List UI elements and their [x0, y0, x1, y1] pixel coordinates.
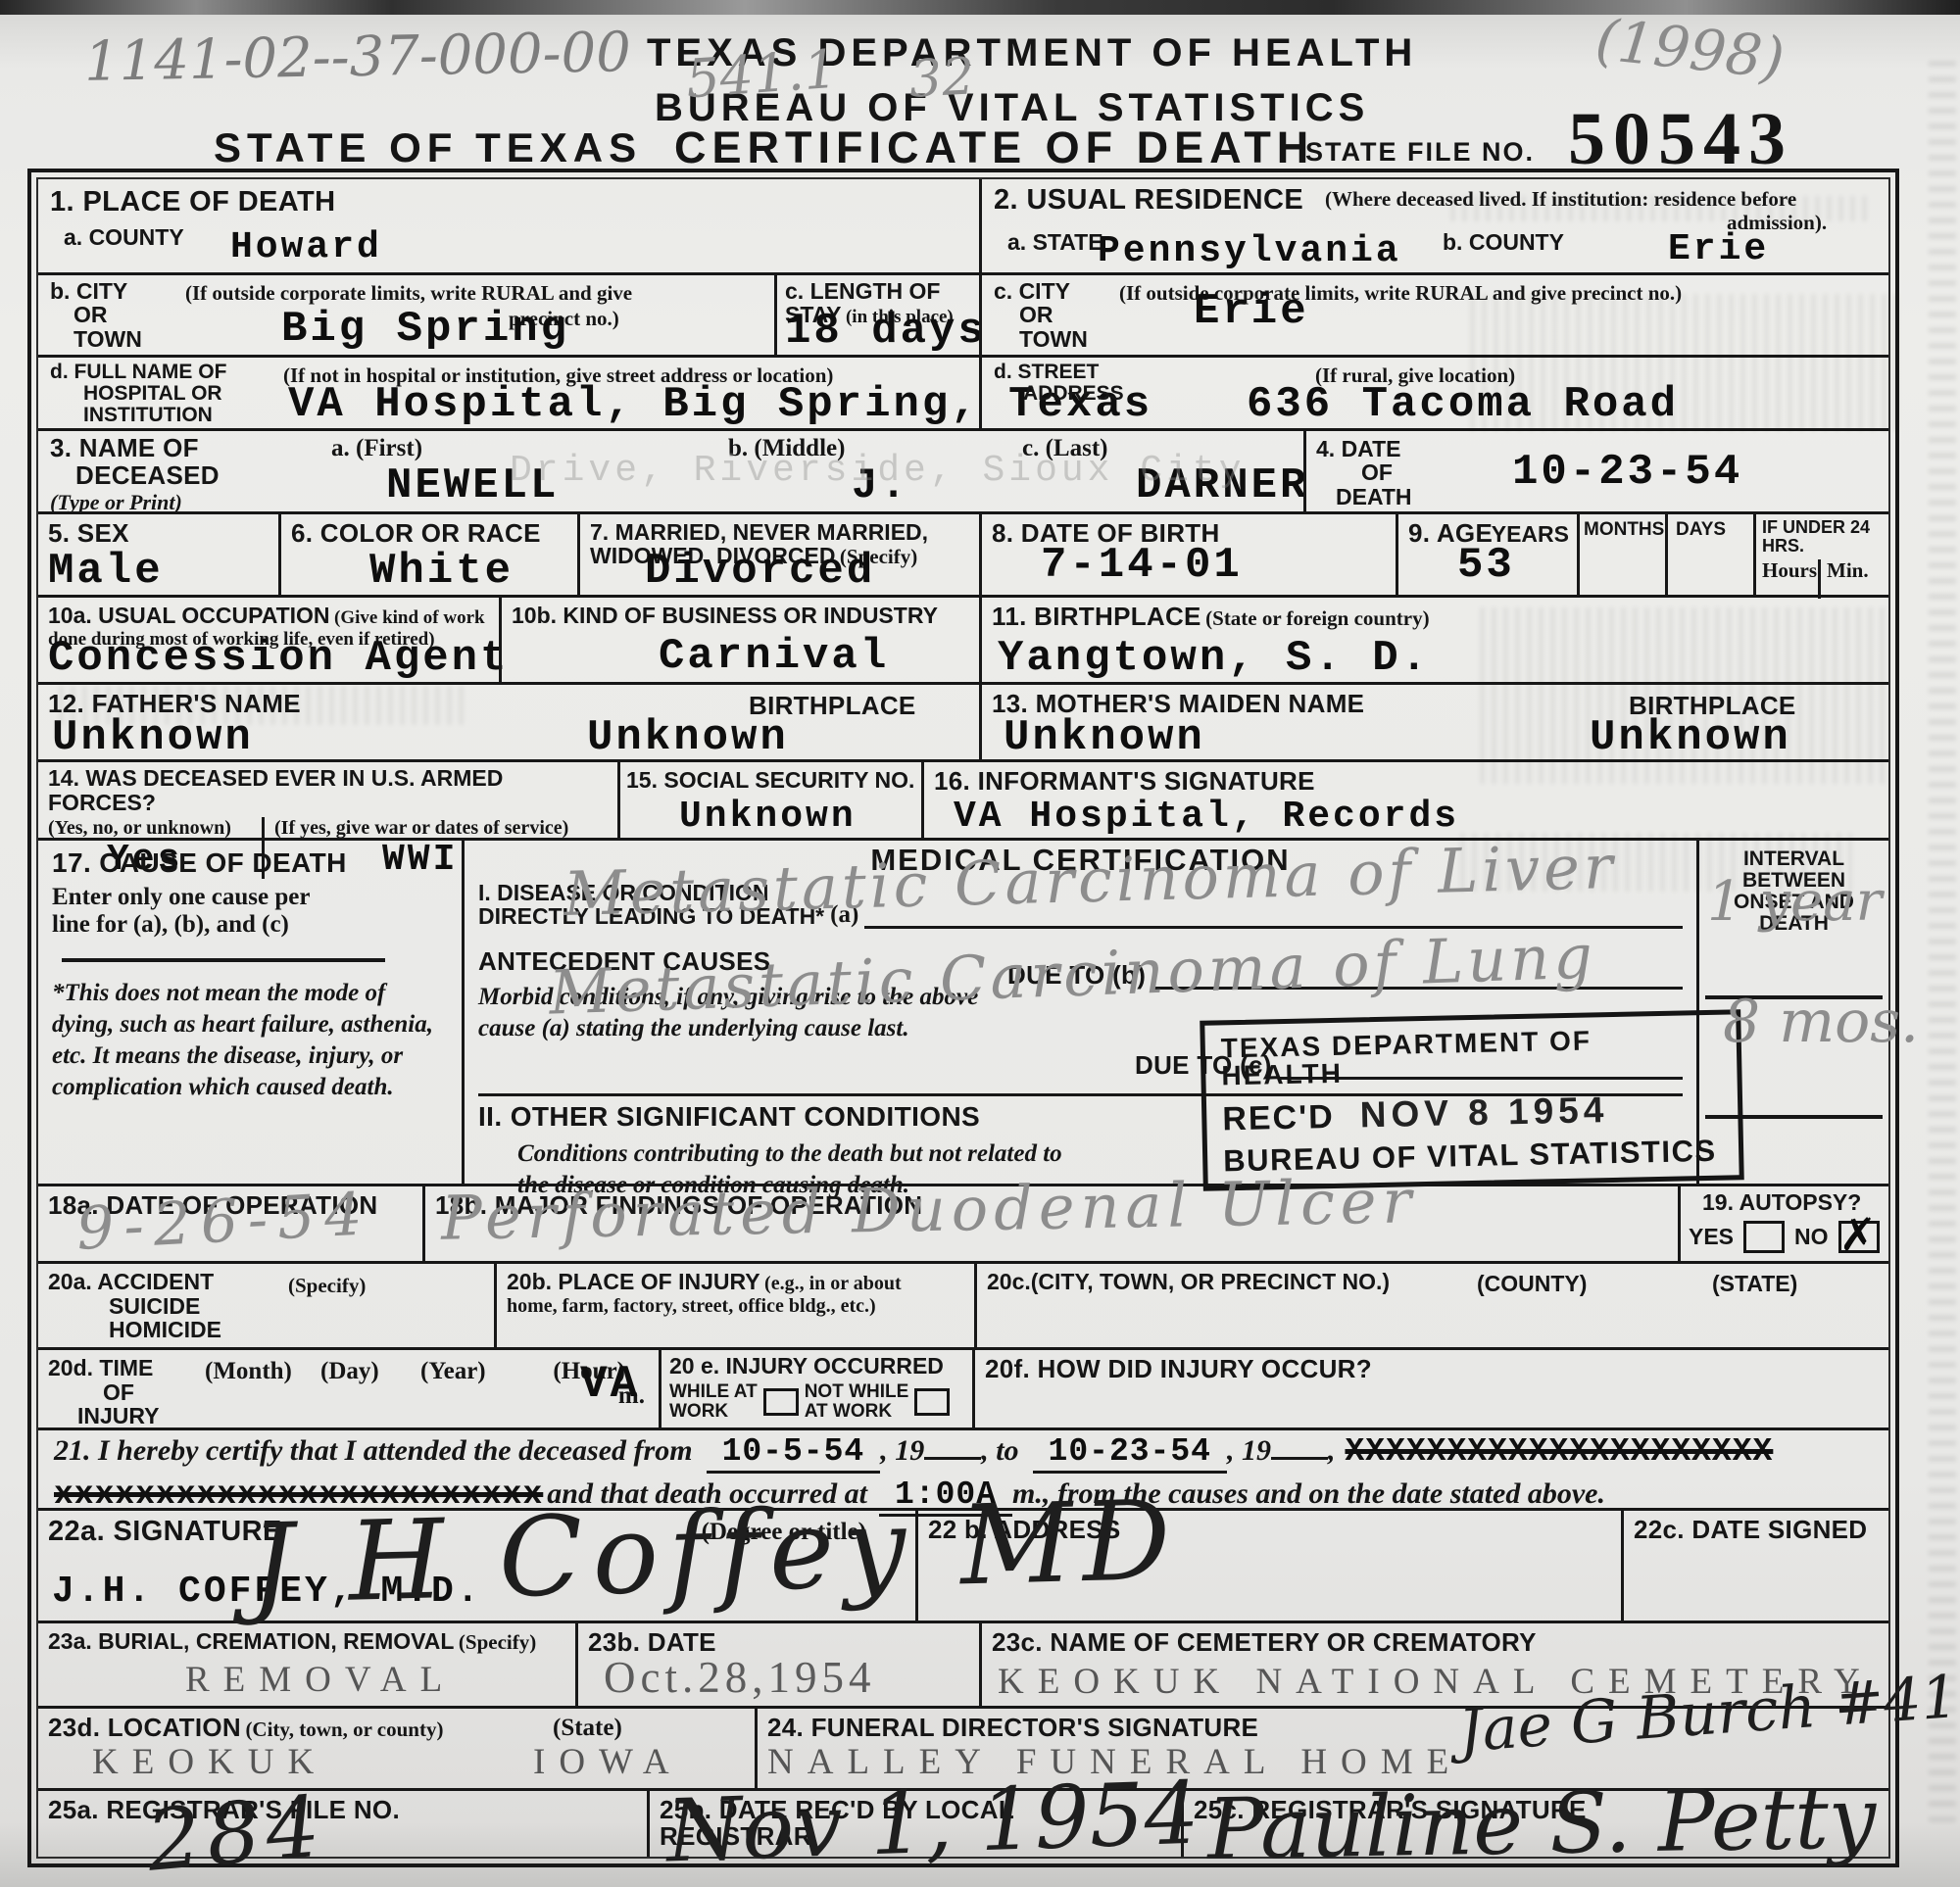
city-value: Big Spring	[281, 308, 569, 351]
residence-state-value: Pennsylvania	[1098, 233, 1401, 270]
autopsy-label: 19. AUTOPSY?	[1702, 1189, 1861, 1215]
name-label-1: 3. NAME OF	[50, 435, 316, 462]
accident-label-3: HOMICIDE	[109, 1318, 484, 1341]
while-at-work-checkbox	[763, 1388, 799, 1416]
section-birthplace: 11. BIRTHPLACE (State or foreign country…	[979, 598, 1888, 682]
attended-from-date: 10-5-54	[707, 1435, 881, 1474]
section-burial-location: 23d. LOCATION (City, town, or county) (S…	[38, 1709, 755, 1788]
burial-label: 23a. BURIAL, CREMATION, REMOVAL	[48, 1628, 454, 1654]
age-days-label: DAYS	[1676, 519, 1726, 540]
received-stamp: TEXAS DEPARTMENT OF HEALTH REC'D NOV 8 1…	[1200, 1009, 1744, 1191]
section-autopsy: 19. AUTOPSY? YES NO ✗	[1678, 1186, 1888, 1261]
section-under-24-hrs: IF UNDER 24 HRS. Hours Min.	[1753, 514, 1888, 595]
handwritten-code-32: 32	[907, 47, 975, 109]
usual-residence-note-1: (Where deceased lived. If institution: r…	[1325, 187, 1796, 211]
not-while-at-work-label: NOT WHILEAT WORK	[805, 1382, 909, 1422]
divider	[62, 958, 385, 962]
section-armed-forces: 14. WAS DECEASED EVER IN U.S. ARMED FORC…	[38, 762, 617, 838]
length-of-stay-value: 18 days	[785, 310, 987, 353]
certify-text-pre: 21. I hereby certify that I attended the…	[54, 1434, 693, 1469]
hours-label: Hours	[1762, 559, 1818, 599]
attended-to-date: 10-23-54	[1033, 1435, 1227, 1474]
stamp-date: NOV 8 1954	[1359, 1091, 1608, 1133]
certify-19b: , 19	[1227, 1434, 1271, 1469]
section-injury-location: 20c.(CITY, TOWN, OR PRECINCT NO.) (COUNT…	[974, 1264, 1888, 1347]
section-burial-type: 23a. BURIAL, CREMATION, REMOVAL (Specify…	[38, 1623, 575, 1706]
residence-county-label: b. COUNTY	[1443, 230, 1564, 254]
funeral-director-label: 24. FUNERAL DIRECTOR'S SIGNATURE	[767, 1713, 1258, 1742]
place-of-death-label: 1. PLACE OF DEATH	[50, 186, 335, 218]
section-burial-date: 23b. DATE Oct.28,1954	[575, 1623, 979, 1706]
location-value: KEOKUK	[92, 1744, 327, 1780]
section-date-of-death: 4. DATE OF DEATH 10-23-54	[1303, 431, 1888, 511]
section-cause-of-death-notes: 17. CAUSE OF DEATH Enter only one cause …	[38, 841, 462, 1184]
date-signed-label: 22c. DATE SIGNED	[1634, 1515, 1867, 1544]
age-value: 53	[1457, 544, 1515, 587]
section-sex: 5. SEX Male	[38, 514, 278, 595]
certify-19a: , 19	[880, 1434, 924, 1469]
burial-value: REMOVAL	[185, 1662, 456, 1698]
row-place-and-residence: 1. PLACE OF DEATH a. COUNTY Howard b. CI…	[38, 179, 1888, 428]
stamp-recd: REC'D	[1222, 1100, 1335, 1136]
section-marital-status: 7. MARRIED, NEVER MARRIED, WIDOWED, DIVO…	[577, 514, 979, 595]
section-registrar-file-no: 25a. REGISTRAR'S FILE NO.	[38, 1791, 647, 1857]
section-how-injury-occurred: 20f. HOW DID INJURY OCCUR?	[972, 1350, 1888, 1427]
year-label: (Year)	[420, 1358, 486, 1385]
section-time-of-injury: 20d. TIME OF INJURY (Month) (Day) (Year)…	[38, 1350, 659, 1427]
injury-county-label: (COUNTY)	[1477, 1272, 1587, 1295]
registrar-signature-value: Pauline S. Petty	[1206, 1769, 1877, 1879]
not-while-at-work-checkbox	[914, 1388, 950, 1416]
section-usual-residence: 2. USUAL RESIDENCE (Where deceased lived…	[979, 179, 1888, 428]
mothers-name-value: Unknown	[1004, 716, 1205, 759]
place-of-injury-note-1: (e.g., in or about	[764, 1273, 902, 1294]
section-mothers-name: 13. MOTHER'S MAIDEN NAME BIRTHPLACE Unkn…	[979, 685, 1888, 759]
county-value: Howard	[230, 229, 382, 266]
handwritten-interval-b: 8 mos.	[1723, 988, 1919, 1056]
injury-occurred-label: 20 e. INJURY OCCURRED	[669, 1353, 944, 1379]
autopsy-no-label: NO	[1794, 1225, 1829, 1248]
injury-state-label: (STATE)	[1712, 1272, 1797, 1295]
autopsy-no-checkbox: ✗	[1838, 1221, 1880, 1253]
marital-label-1: 7. MARRIED, NEVER MARRIED,	[590, 520, 969, 544]
business-label: 10b. KIND OF BUSINESS OR INDUSTRY	[512, 603, 938, 628]
row-parents: 12. FATHER'S NAME BIRTHPLACE Unknown Unk…	[38, 682, 1888, 759]
blank-line	[924, 1444, 981, 1460]
business-value: Carnival	[659, 635, 889, 678]
fathers-name-value: Unknown	[52, 716, 254, 759]
residence-city-town: TOWN	[1019, 327, 1877, 351]
cause-note-1b: line for (a), (b), and (c)	[52, 911, 448, 939]
race-value: White	[369, 550, 514, 593]
sex-value: Male	[48, 550, 164, 593]
section-injury-occurred: 20 e. INJURY OCCURRED WHILE ATWORK NOT W…	[659, 1350, 972, 1427]
min-label: Min.	[1818, 559, 1883, 599]
autopsy-yes-checkbox	[1743, 1221, 1785, 1253]
place-of-injury-label: 20b. PLACE OF INJURY	[507, 1269, 760, 1294]
state-file-no-label: STATE FILE NO.	[1305, 139, 1535, 166]
burial-date-value: Oct.28,1954	[604, 1656, 875, 1700]
informant-label: 16. INFORMANT'S SIGNATURE	[934, 766, 1315, 796]
section-informant: 16. INFORMANT'S SIGNATURE VA Hospital, R…	[921, 762, 1888, 838]
section-usual-occupation: 10a. USUAL OCCUPATION (Give kind of work…	[38, 598, 499, 682]
handwritten-interval-a: 1 year	[1707, 870, 1882, 934]
injury-city-label: 20c.(CITY, TOWN, OR PRECINCT NO.)	[987, 1269, 1390, 1294]
section-color-or-race: 6. COLOR OR RACE White	[278, 514, 577, 595]
location-label: 23d. LOCATION	[48, 1713, 241, 1742]
residence-state-label: a. STATE	[1007, 230, 1103, 254]
birthplace-value: Yangtown, S. D.	[998, 637, 1430, 680]
date-received-value: Nov 1, 1954	[664, 1763, 1200, 1882]
armed-forces-label: 14. WAS DECEASED EVER IN U.S. ARMED FORC…	[48, 765, 503, 815]
birthplace-note: (State or foreign country)	[1205, 606, 1429, 630]
marital-value: Divorced	[645, 550, 875, 593]
autopsy-no-check-mark: ✗	[1839, 1212, 1878, 1257]
certify-to: , to	[981, 1434, 1018, 1469]
usual-residence-label: 2. USUAL RESIDENCE	[994, 184, 1303, 216]
residence-city-value: Erie	[1194, 290, 1309, 333]
city-note-1: (If outside corporate limits, write RURA…	[185, 281, 632, 305]
day-label: (Day)	[320, 1358, 379, 1385]
autopsy-yes-label: YES	[1689, 1225, 1734, 1248]
armed-forces-note-2: (If yes, give war or dates of service)	[274, 817, 568, 839]
section-place-of-death: 1. PLACE OF DEATH a. COUNTY Howard b. CI…	[38, 179, 979, 428]
while-at-work-label: WHILE ATWORK	[669, 1382, 758, 1422]
fathers-birthplace-value: Unknown	[587, 716, 789, 759]
header-certificate-title: CERTIFICATE OF DEATH	[674, 125, 1314, 169]
length-of-stay-label: c. LENGTH OF	[785, 279, 971, 303]
row-occupation: 10a. USUAL OCCUPATION (Give kind of work…	[38, 595, 1888, 682]
name-label-2: DECEASED	[75, 462, 316, 490]
street-address-value: 636 Tacoma Road	[1247, 383, 1679, 426]
cemetery-label: 23c. NAME OF CEMETERY OR CREMATORY	[992, 1627, 1537, 1657]
typed-va-annotation: VA	[580, 1362, 640, 1407]
cause-of-death-label: 17. CAUSE OF DEATH	[52, 847, 347, 878]
other-conditions-label: II. OTHER SIGNIFICANT CONDITIONS	[478, 1101, 980, 1132]
section-fathers-name: 12. FATHER'S NAME BIRTHPLACE Unknown Unk…	[38, 685, 979, 759]
location-state-note: (State)	[553, 1715, 622, 1742]
bleed-through-text: Drive, Riverside, Sioux City	[510, 453, 1246, 490]
row-armed-forces: 14. WAS DECEASED EVER IN U.S. ARMED FORC…	[38, 759, 1888, 838]
dob-value: 7-14-01	[1041, 544, 1243, 587]
handwritten-code-541: 541.1	[684, 38, 840, 111]
section-accident-suicide-homicide: 20a. ACCIDENT SUICIDE HOMICIDE (Specify)	[38, 1264, 494, 1347]
occupation-note-1: (Give kind of work	[334, 607, 485, 628]
handwritten-code-top-left: 1141-02--37-000-00	[83, 21, 631, 94]
header-state-of-texas: STATE OF TEXAS	[214, 127, 642, 169]
state-file-number: 50543	[1568, 102, 1793, 176]
under-24-label: IF UNDER 24 HRS.	[1762, 518, 1883, 556]
row-time-of-injury: 20d. TIME OF INJURY (Month) (Day) (Year)…	[38, 1347, 1888, 1427]
date-of-death-value: 10-23-54	[1512, 451, 1742, 494]
ssn-value: Unknown	[679, 798, 857, 836]
birthplace-label: 11. BIRTHPLACE	[992, 602, 1201, 631]
certify-comma: ,	[1328, 1434, 1336, 1469]
residence-city-or: OR	[1019, 303, 1877, 326]
how-injury-label: 20f. HOW DID INJURY OCCUR?	[985, 1354, 1372, 1383]
ssn-label: 15. SOCIAL SECURITY NO.	[626, 767, 914, 793]
burial-specify-note: (Specify)	[459, 1630, 536, 1654]
row-accident: 20a. ACCIDENT SUICIDE HOMICIDE (Specify)…	[38, 1261, 1888, 1347]
occupation-value: Concession Agent	[48, 637, 509, 680]
section-place-of-injury: 20b. PLACE OF INJURY (e.g., in or about …	[494, 1264, 974, 1347]
time-of-injury-label-3: INJURY	[77, 1404, 649, 1427]
mothers-birthplace-value: Unknown	[1590, 716, 1791, 759]
county-label: a. COUNTY	[64, 225, 967, 249]
first-name-label: a. (First)	[331, 435, 422, 461]
section-date-of-birth: 8. DATE OF BIRTH 7-14-01	[979, 514, 1396, 595]
race-label: 6. COLOR OR RACE	[291, 518, 541, 548]
struck-out-text-1: XXXXXXXXXXXXXXXXXXXXX	[1345, 1435, 1773, 1468]
place-of-injury-note-2: home, farm, factory, street, office bldg…	[507, 1295, 964, 1318]
cause-note-2: *This does not mean the mode of dying, s…	[52, 978, 444, 1103]
armed-forces-note-1: (Yes, no, or unknown)	[48, 817, 231, 839]
section-date-signed: 22c. DATE SIGNED	[1621, 1511, 1888, 1621]
section-age-months: MONTHS	[1577, 514, 1665, 595]
blank-line	[1271, 1444, 1328, 1460]
physician-signature: J H Coffey MD	[248, 1477, 1182, 1629]
signature-label: 22a. SIGNATURE	[48, 1516, 282, 1547]
section-ssn: 15. SOCIAL SECURITY NO. Unknown	[617, 762, 921, 838]
stamp-line-1: TEXAS DEPARTMENT OF HEALTH	[1221, 1025, 1722, 1090]
location-state-value: IOWA	[533, 1744, 683, 1780]
section-business-industry: 10b. KIND OF BUSINESS OR INDUSTRY Carniv…	[499, 598, 979, 682]
sex-label: 5. SEX	[48, 518, 129, 548]
location-note: (City, town, or county)	[245, 1718, 443, 1741]
section-age-days: DAYS	[1665, 514, 1753, 595]
accident-specify-note: (Specify)	[288, 1274, 366, 1297]
occupation-label: 10a. USUAL OCCUPATION	[48, 603, 330, 628]
registrar-file-number-value: 284	[143, 1777, 329, 1887]
accident-label-1: 20a. ACCIDENT	[48, 1270, 484, 1293]
row-demographics: 5. SEX Male 6. COLOR OR RACE White 7. MA…	[38, 511, 1888, 595]
informant-value: VA Hospital, Records	[954, 798, 1459, 836]
month-label: (Month)	[205, 1358, 292, 1385]
cause-note-1a: Enter only one cause per	[52, 884, 448, 911]
age-months-label: MONTHS	[1584, 519, 1664, 540]
section-age-years: 9. AGE YEARS 53	[1396, 514, 1577, 595]
residence-county-value: Erie	[1668, 231, 1769, 268]
